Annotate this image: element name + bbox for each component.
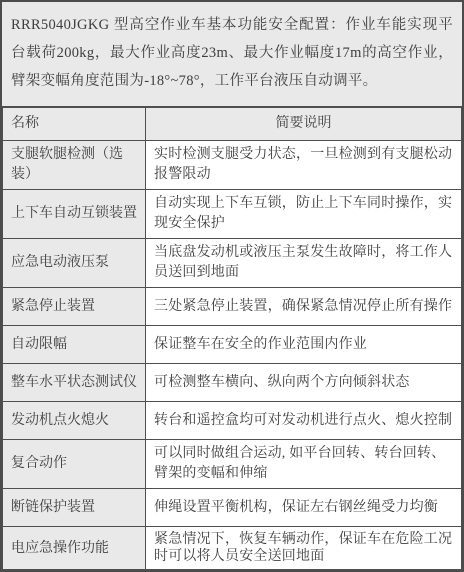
intro-paragraph: RRR5040JGKG 型高空作业车基本功能安全配置：作业车能实现平台载荷200…: [2, 2, 462, 107]
feature-description-cell: 可检测整车横向、纵向两个方向倾斜状态: [146, 364, 462, 402]
feature-description-cell: 实时检测支腿受力状态，一旦检测到有支腿松动报警限动: [146, 141, 462, 190]
table-row: 支腿软腿检测（选装） 实时检测支腿受力状态，一旦检测到有支腿松动报警限动: [3, 141, 462, 190]
safety-config-table: 名称 简要说明 支腿软腿检测（选装） 实时检测支腿受力状态，一旦检测到有支腿松动…: [2, 107, 462, 570]
feature-description-cell: 保证整车在安全的作业范围内作业: [146, 326, 462, 364]
feature-name-cell: 自动限幅: [3, 326, 146, 364]
table-header-row: 名称 简要说明: [3, 108, 462, 141]
table-row: 复合动作 可以同时做组合运动, 如平台回转、转台回转、臂架的变幅和伸缩: [3, 440, 462, 489]
table-row: 应急电动液压泵 当底盘发动机或液压主泵发生故障时，将工作人员送回到地面: [3, 239, 462, 288]
feature-name-cell: 支腿软腿检测（选装）: [3, 141, 146, 190]
feature-description-cell: 紧急情况下，恢复车辆动作，保证车在危险工况时可以将人员安全送回地面: [146, 527, 462, 570]
feature-name-cell: 发动机点火熄火: [3, 402, 146, 440]
table-row: 断链保护装置 伸绳设置平衡机构，保证左右钢丝绳受力均衡: [3, 489, 462, 527]
feature-name-cell: 应急电动液压泵: [3, 239, 146, 288]
feature-description-cell: 自动实现上下车互锁，防止上下车同时操作，实现安全保护: [146, 190, 462, 239]
feature-name-cell: 紧急停止装置: [3, 288, 146, 326]
document-page: RRR5040JGKG 型高空作业车基本功能安全配置：作业车能实现平台载荷200…: [0, 0, 464, 572]
feature-name-cell: 复合动作: [3, 440, 146, 489]
feature-description-cell: 转台和遥控盒均可对发动机进行点火、熄火控制: [146, 402, 462, 440]
table-row: 电应急操作功能 紧急情况下，恢复车辆动作，保证车在危险工况时可以将人员安全送回地…: [3, 527, 462, 570]
feature-description-cell: 可以同时做组合运动, 如平台回转、转台回转、臂架的变幅和伸缩: [146, 440, 462, 489]
feature-name-cell: 电应急操作功能: [3, 527, 146, 570]
table-row: 自动限幅 保证整车在安全的作业范围内作业: [3, 326, 462, 364]
feature-name-cell: 整车水平状态测试仪: [3, 364, 146, 402]
table-row: 整车水平状态测试仪 可检测整车横向、纵向两个方向倾斜状态: [3, 364, 462, 402]
feature-description-cell: 伸绳设置平衡机构，保证左右钢丝绳受力均衡: [146, 489, 462, 527]
column-header-description: 简要说明: [146, 108, 462, 141]
table-row: 发动机点火熄火 转台和遥控盒均可对发动机进行点火、熄火控制: [3, 402, 462, 440]
feature-name-cell: 断链保护装置: [3, 489, 146, 527]
feature-description-cell: 三处紧急停止装置，确保紧急情况停止所有操作: [146, 288, 462, 326]
feature-name-cell: 上下车自动互锁装置: [3, 190, 146, 239]
table-row: 紧急停止装置 三处紧急停止装置，确保紧急情况停止所有操作: [3, 288, 462, 326]
feature-description-cell: 当底盘发动机或液压主泵发生故障时，将工作人员送回到地面: [146, 239, 462, 288]
column-header-name: 名称: [3, 108, 146, 141]
table-row: 上下车自动互锁装置 自动实现上下车互锁，防止上下车同时操作，实现安全保护: [3, 190, 462, 239]
